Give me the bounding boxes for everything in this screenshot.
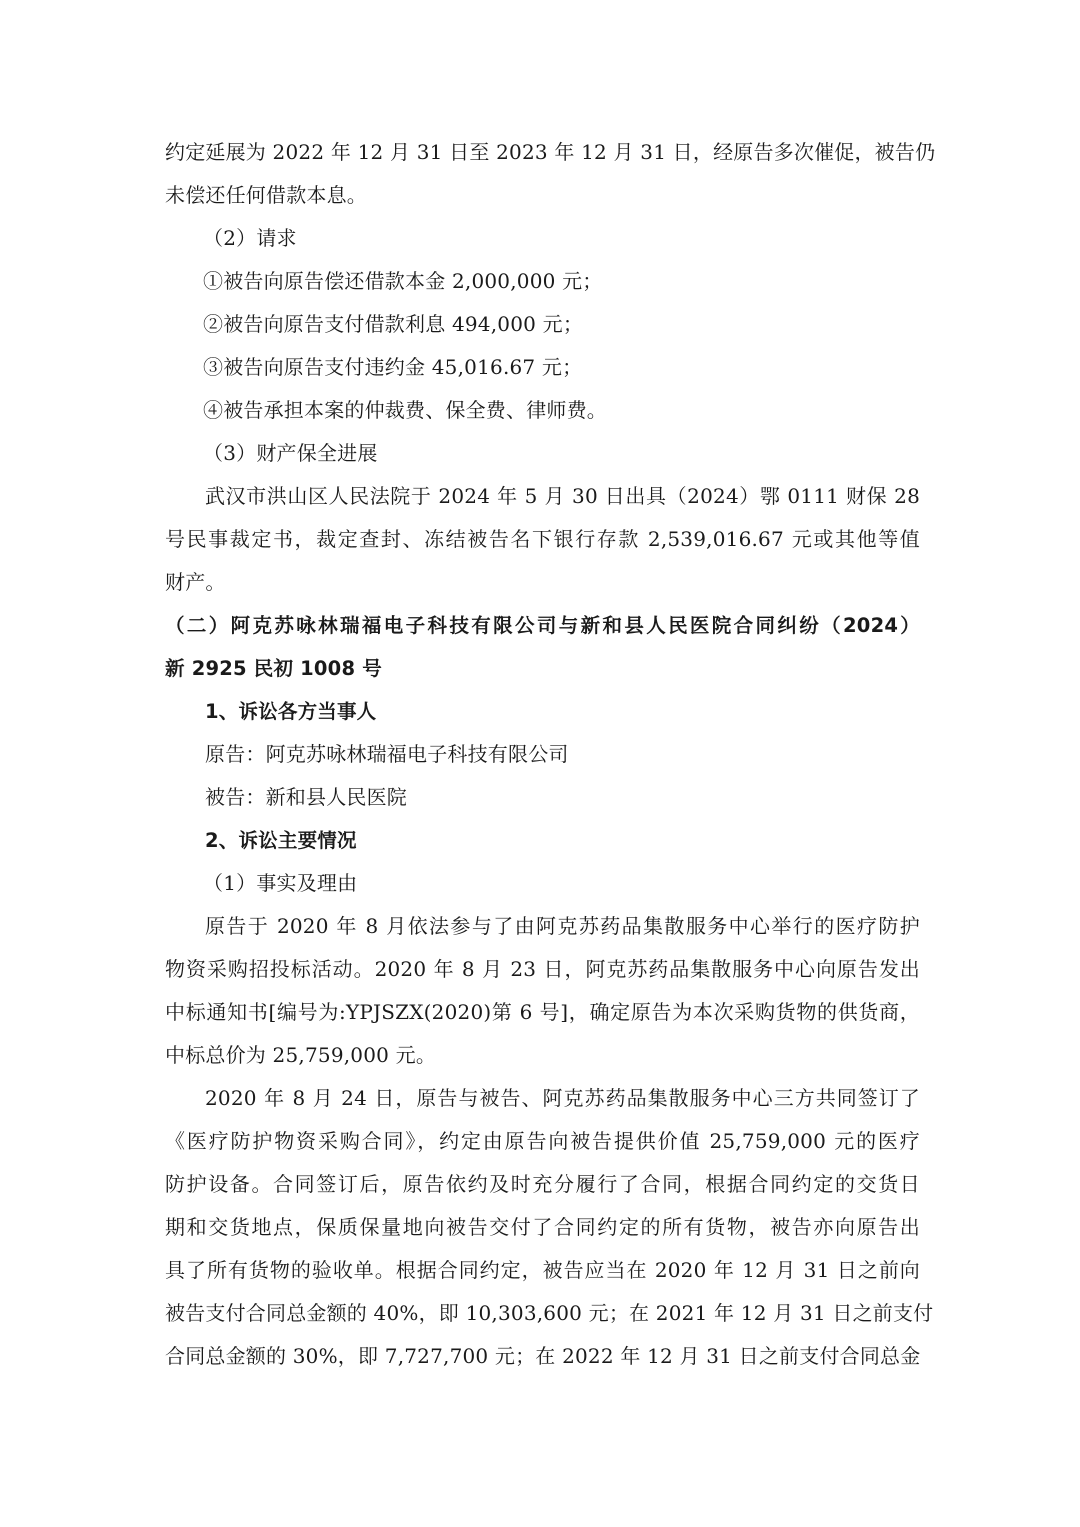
text-line: 武汉市洪山区人民法院于 2024 年 5 月 30 日出具（2024）鄂 011… [165, 475, 920, 518]
text-line: 约定延展为 2022 年 12 月 31 日至 2023 年 12 月 31 日… [165, 131, 920, 174]
text-line: 中标通知书[编号为:YPJSZX(2020)第 6 号]，确定原告为本次采购货物… [165, 991, 920, 1034]
case2-title: （二）阿克苏咏林瑞福电子科技有限公司与新和县人民医院合同纠纷（2024） 新 2… [165, 604, 920, 690]
claims-list: ①被告向原告偿还借款本金 2,000,000 元； ②被告向原告支付借款利息 4… [165, 260, 920, 432]
claim-item: ③被告向原告支付违约金 45,016.67 元； [165, 346, 920, 389]
text-line: 期和交货地点，保质保量地向被告交付了合同约定的所有货物，被告亦向原告出 [165, 1206, 920, 1249]
text-line: 未偿还任何借款本息。 [165, 174, 920, 217]
claim-item: ④被告承担本案的仲裁费、保全费、律师费。 [165, 389, 920, 432]
text-line: 原告于 2020 年 8 月依法参与了由阿克苏药品集散服务中心举行的医疗防护 [165, 905, 920, 948]
text-line: 物资采购招投标活动。2020 年 8 月 23 日，阿克苏药品集散服务中心向原告… [165, 948, 920, 991]
plaintiff-line: 原告：阿克苏咏林瑞福电子科技有限公司 [165, 733, 920, 776]
text-line: 防护设备。合同签订后，原告依约及时充分履行了合同，根据合同约定的交货日 [165, 1163, 920, 1206]
text-line: 被告支付合同总金额的 40%，即 10,303,600 元；在 2021 年 1… [165, 1292, 920, 1335]
situation-heading: 2、诉讼主要情况 [165, 819, 920, 862]
text-line: 号民事裁定书，裁定查封、冻结被告名下银行存款 2,539,016.67 元或其他… [165, 518, 920, 561]
claims-heading: （2）请求 [165, 217, 920, 260]
facts-paragraph-2: 2020 年 8 月 24 日，原告与被告、阿克苏药品集散服务中心三方共同签订了… [165, 1077, 920, 1378]
text-line: 2020 年 8 月 24 日，原告与被告、阿克苏药品集散服务中心三方共同签订了 [165, 1077, 920, 1120]
section-title-line: 新 2925 民初 1008 号 [165, 647, 920, 690]
text-line: 中标总价为 25,759,000 元。 [165, 1034, 920, 1077]
text-line: 财产。 [165, 561, 920, 604]
text-line: 合同总金额的 30%，即 7,727,700 元；在 2022 年 12 月 3… [165, 1335, 920, 1378]
section-title-line: （二）阿克苏咏林瑞福电子科技有限公司与新和县人民医院合同纠纷（2024） [165, 604, 920, 647]
document-page: 约定延展为 2022 年 12 月 31 日至 2023 年 12 月 31 日… [165, 131, 920, 1378]
facts-paragraph-1: 原告于 2020 年 8 月依法参与了由阿克苏药品集散服务中心举行的医疗防护 物… [165, 905, 920, 1077]
defendant-line: 被告：新和县人民医院 [165, 776, 920, 819]
text-line: 《医疗防护物资采购合同》，约定由原告向被告提供价值 25,759,000 元的医… [165, 1120, 920, 1163]
continuation-paragraph: 约定延展为 2022 年 12 月 31 日至 2023 年 12 月 31 日… [165, 131, 920, 217]
preservation-paragraph: 武汉市洪山区人民法院于 2024 年 5 月 30 日出具（2024）鄂 011… [165, 475, 920, 604]
parties-heading: 1、诉讼各方当事人 [165, 690, 920, 733]
preservation-heading: （3）财产保全进展 [165, 432, 920, 475]
claim-item: ①被告向原告偿还借款本金 2,000,000 元； [165, 260, 920, 303]
text-line: 具了所有货物的验收单。根据合同约定，被告应当在 2020 年 12 月 31 日… [165, 1249, 920, 1292]
facts-heading: （1）事实及理由 [165, 862, 920, 905]
claim-item: ②被告向原告支付借款利息 494,000 元； [165, 303, 920, 346]
